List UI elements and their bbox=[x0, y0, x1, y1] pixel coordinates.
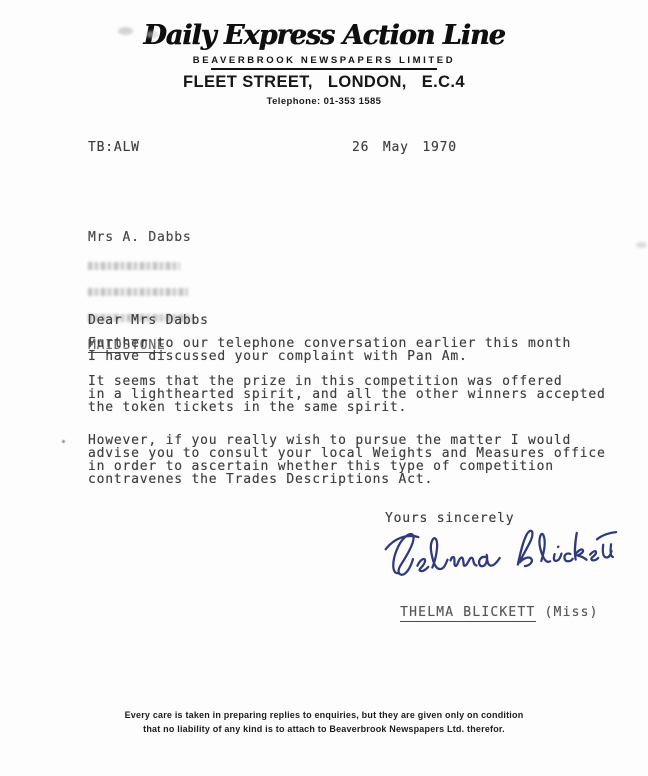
scanned-letter-page: Daily Express Action Line BEAVERBROOK NE… bbox=[0, 0, 648, 776]
letterhead-telephone: Telephone: 01-353 1585 bbox=[0, 97, 648, 107]
redacted-address-line bbox=[88, 262, 180, 270]
scan-artifact bbox=[636, 242, 647, 248]
body-paragraph: It seems that the prize in this competit… bbox=[88, 375, 606, 414]
disclaimer-line: that no liability of any kind is to atta… bbox=[0, 723, 648, 737]
typed-signatory-name: THELMA BLICKETT(Miss) bbox=[364, 590, 599, 635]
letterhead-title: Daily Express Action Line bbox=[0, 22, 648, 49]
letterhead-company-name: BEAVERBROOK NEWSPAPERS LIMITED bbox=[0, 56, 648, 66]
reference-code: TB:ALW bbox=[88, 141, 140, 154]
recipient-name: Mrs A. Dabbs bbox=[88, 231, 194, 244]
scan-artifact bbox=[146, 31, 158, 38]
letterhead-rule bbox=[211, 68, 437, 70]
salutation: Dear Mrs Dabbs bbox=[88, 314, 209, 327]
body-paragraph: However, if you really wish to pursue th… bbox=[88, 434, 606, 486]
signatory-title: (Miss) bbox=[545, 605, 599, 620]
disclaimer-line: Every care is taken in preparing replies… bbox=[0, 709, 648, 723]
letter-date: 26 May 1970 bbox=[352, 141, 457, 154]
scan-artifact bbox=[62, 440, 65, 443]
signatory-name-text: THELMA BLICKETT bbox=[400, 605, 535, 622]
body-paragraph: Further to our telephone conversation ea… bbox=[88, 337, 571, 363]
disclaimer-footer: Every care is taken in preparing replies… bbox=[0, 709, 648, 736]
scan-artifact bbox=[118, 27, 133, 35]
letterhead-address: FLEET STREET, LONDON, E.C.4 bbox=[0, 74, 648, 91]
redacted-address-line bbox=[88, 288, 188, 296]
letterhead: Daily Express Action Line BEAVERBROOK NE… bbox=[0, 22, 648, 107]
